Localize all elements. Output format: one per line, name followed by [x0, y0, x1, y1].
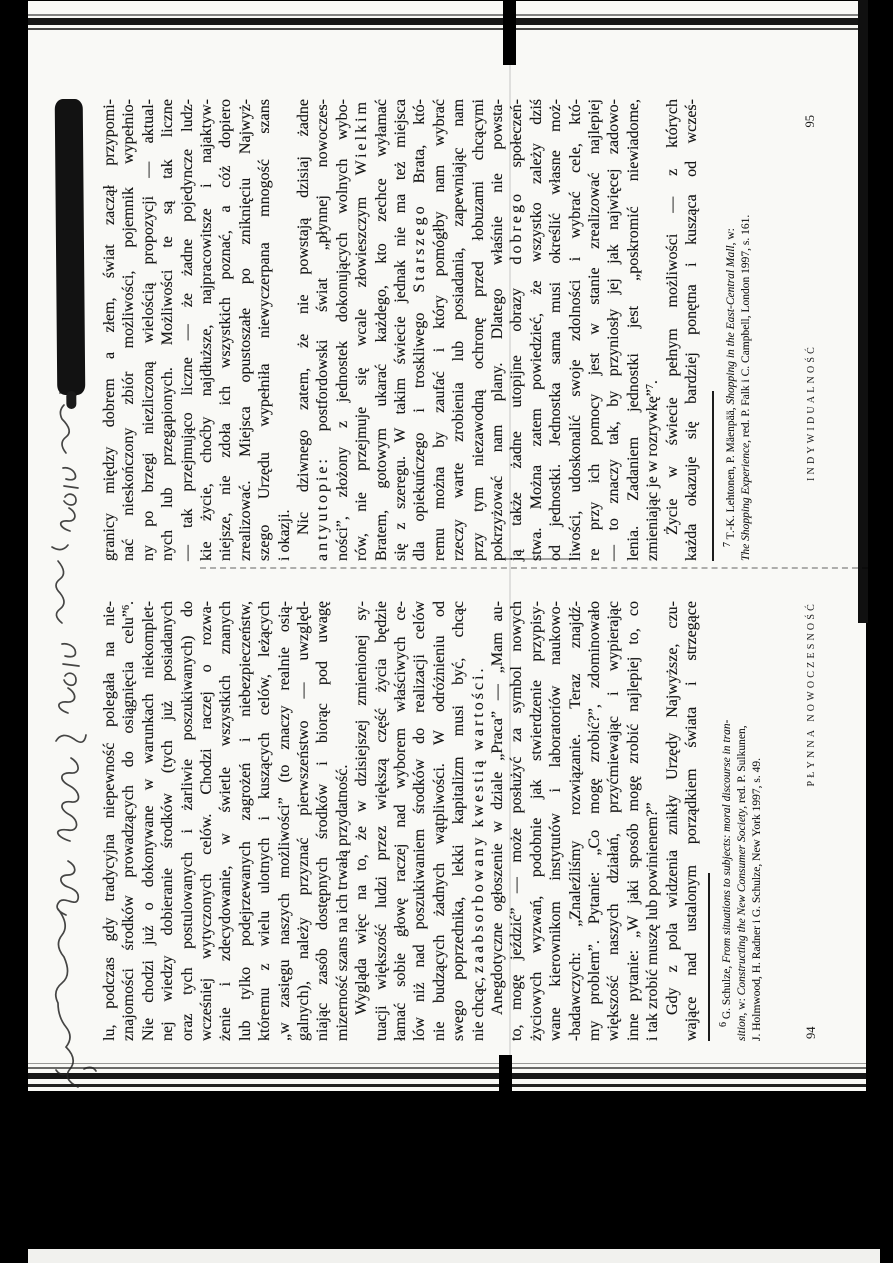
page-number: 94 — [804, 1027, 819, 1040]
text-line: i okazji. — [275, 99, 295, 561]
page-number: 95 — [803, 115, 818, 128]
text-line: się z szeregu. W takim świecie jednak ni… — [391, 99, 411, 561]
footnote-rule — [708, 873, 710, 1041]
text-line: swego poprzednika, lekki kapitalizm musi… — [449, 601, 469, 1041]
text-line: Gdy z pola widzenia znikły Urzędy Najwyż… — [663, 601, 683, 1041]
text-line: nych lub przegapionych. Możliwości te są… — [158, 99, 178, 561]
text-line: re przy ich pomocy jest w stanie zrealiz… — [585, 99, 605, 561]
text-line: niając zasób dostępnych środków i biorąc… — [313, 601, 333, 1041]
text-line: łamać sobie głowę raczej nad wyborem wła… — [391, 601, 411, 1041]
text-line: nie chcąc, zaabsorbowany kwestią wartośc… — [469, 601, 489, 1041]
text-line: kie życie, choćby najdłuższe, najpracowi… — [197, 99, 217, 561]
text-line: niejsze, nie zdoła ich wszystkich poznać… — [216, 99, 236, 561]
text-line: lu, podczas gdy tradycyjna niepewność po… — [100, 601, 120, 1041]
text-line: pokrzyżować nam plany. Dlatego właśnie n… — [488, 99, 508, 561]
page-edge-streak — [28, 28, 866, 30]
gutter-shadow — [200, 567, 868, 569]
text-line: remu można by zaufać i który pomógłby na… — [430, 99, 450, 561]
text-line: granicy między dobrem a złem, świat zacz… — [100, 99, 120, 561]
text-line: zrealizować. Miejsca opustoszałe po znik… — [236, 99, 256, 561]
text-line: lenia. Zadaniem jednostki jest „poskromi… — [624, 99, 644, 561]
footnote-line: 6 G. Schulze, From situations to subject… — [720, 587, 735, 1041]
text-line: znajomości środków prowadzących do osiąg… — [119, 601, 139, 1041]
text-line: stwa. Można zatem powiedzieć, że wszystk… — [527, 99, 547, 561]
text-line: rzeczy warte zrobienia lub posiadania, z… — [449, 99, 469, 561]
text-line: nie budzących żadnych wątpliwości. W odr… — [430, 601, 450, 1041]
page-edge-streak — [28, 1084, 866, 1087]
running-footer: PŁYNNA NOWOCZESNOŚĆ — [806, 601, 817, 787]
text-line: — tak przejmująco liczne — że żadne poje… — [178, 99, 198, 561]
footnote-line: sition, w: Constructing the New Consumer… — [735, 601, 750, 1041]
text-line: Anegdotyczne ogłoszenie w dziale „Praca”… — [488, 601, 508, 1041]
text-line: dla opiekuńczego i troskliwego Starszego… — [410, 99, 430, 561]
page-edge-streak — [28, 14, 866, 16]
page-edge-streak — [28, 1063, 866, 1064]
text-line: nać nieskończony zbiór możliwości, pojem… — [119, 99, 139, 561]
page-edge-streak — [28, 18, 866, 25]
text-line: od jednostki. Jednostka sama musi określ… — [546, 99, 566, 561]
text-line: ją także żadne utopijne obrazy dobrego s… — [507, 99, 527, 561]
text-line: Nie chodzi już o dokonywane w warunkach … — [139, 601, 159, 1041]
scanner-edge-strip — [28, 1249, 880, 1263]
text-line: Nic dziwnego zatem, że nie powstają dzis… — [294, 99, 314, 561]
rotated-scan-canvas: lu, podczas gdy tradycyjna niepewność po… — [0, 0, 893, 1263]
text-line: nej wiedzy dobieranie środków (tych już … — [158, 601, 178, 1041]
text-line: większość naszych działań, przyćmiewając… — [604, 601, 624, 1041]
text-line: lów niż nad poszukiwaniem środków do rea… — [410, 601, 430, 1041]
page-edge-streak — [28, 1073, 866, 1079]
page-95: granicy między dobrem a złem, świat zacz… — [0, 99, 893, 561]
text-line: rów, nie przejmuje się wcale złowieszczy… — [352, 99, 372, 561]
text-line: inne pytanie: „W jaki sposób mogę zrobić… — [624, 601, 644, 1041]
text-line: to, mogę jeździć” — może posłużyć za sym… — [507, 601, 527, 1041]
text-line: mizerność szans na ich trwałą przydatnoś… — [333, 601, 353, 1041]
text-line: antyutopie: postfordowski świat „płynnej… — [313, 99, 333, 561]
page-94: lu, podczas gdy tradycyjna niepewność po… — [0, 601, 893, 1041]
text-line: wające nad ustalonym porządkiem świata i… — [682, 601, 702, 1041]
text-line: galnych), należy przyznać pierwszeństwo … — [294, 601, 314, 1041]
footnote-line: J. Holmwood, H. Radner i G. Schulze, New… — [750, 601, 765, 1041]
text-line: wcześniej wytyczonych celów. Chodzi racz… — [197, 601, 217, 1041]
text-line: i tak zrobić muszę lub powinienem?” — [643, 601, 663, 1041]
running-footer: INDYWIDUALNOŚĆ — [806, 344, 817, 481]
text-line: Bratem, gotowym ukarać każdego, kto zech… — [372, 99, 392, 561]
scan-seam-notch — [503, 0, 516, 65]
text-line: zmieniając je w rozrywkę”7. — [643, 99, 663, 561]
scan-seam-notch — [499, 1055, 512, 1113]
footnote-rule — [712, 391, 714, 561]
text-line: „w zasięgu naszych możliwości” (to znacz… — [275, 601, 295, 1041]
text-line: przy tym niezawodną ochronę przed łobuza… — [469, 99, 489, 561]
text-line: Życie w świecie pełnym możliwości — z kt… — [663, 99, 683, 561]
text-line: ności”, złożony z jednostek dokonujących… — [333, 99, 353, 561]
text-line: życiowych wyzwań, podobnie jak stwierdze… — [527, 601, 547, 1041]
text-line: liwości, udoskonalić swoje zdolności i w… — [566, 99, 586, 561]
text-line: — to znaczy tak, by przyniosły jej jak n… — [604, 99, 624, 561]
text-line: ny po brzegi niezliczoną wielością propo… — [139, 99, 159, 561]
text-line: Wygląda więc na to, że w dzisiejszej zmi… — [352, 601, 372, 1041]
text-line: wane kierownikom instytutów i laboratori… — [546, 601, 566, 1041]
text-line: któremu z wielu ulotnych i kuszących cel… — [255, 601, 275, 1041]
text-line: -badawczych: „Znaleźliśmy rozwiązanie. T… — [566, 601, 586, 1041]
footnote-line: The Shopping Experience, red. P. Falk i … — [739, 99, 754, 561]
text-line: szego Urzędu wypełniła niewyczerpana mno… — [255, 99, 275, 561]
text-line: oraz tych postulowanych i żarliwie poszu… — [178, 601, 198, 1041]
page-edge-streak — [28, 1067, 866, 1069]
footnote-line: 7 T.-K. Lehtonen, P. Mäenpää, Shopping i… — [724, 85, 739, 561]
text-line: my problem”. Pytanie: „Co mogę zrobić?”,… — [585, 601, 605, 1041]
text-line: lub tylko podejrzewanych zagrożeń i nieb… — [236, 601, 256, 1041]
text-line: tuacji większość ludzi przez większą czę… — [372, 601, 392, 1041]
text-line: żenie i zdecydowanie, w świetle wszystki… — [216, 601, 236, 1041]
text-line: każda okazuje się bardziej ponętna i kus… — [682, 99, 702, 561]
scanned-book-spread: lu, podczas gdy tradycyjna niepewność po… — [0, 0, 893, 1263]
